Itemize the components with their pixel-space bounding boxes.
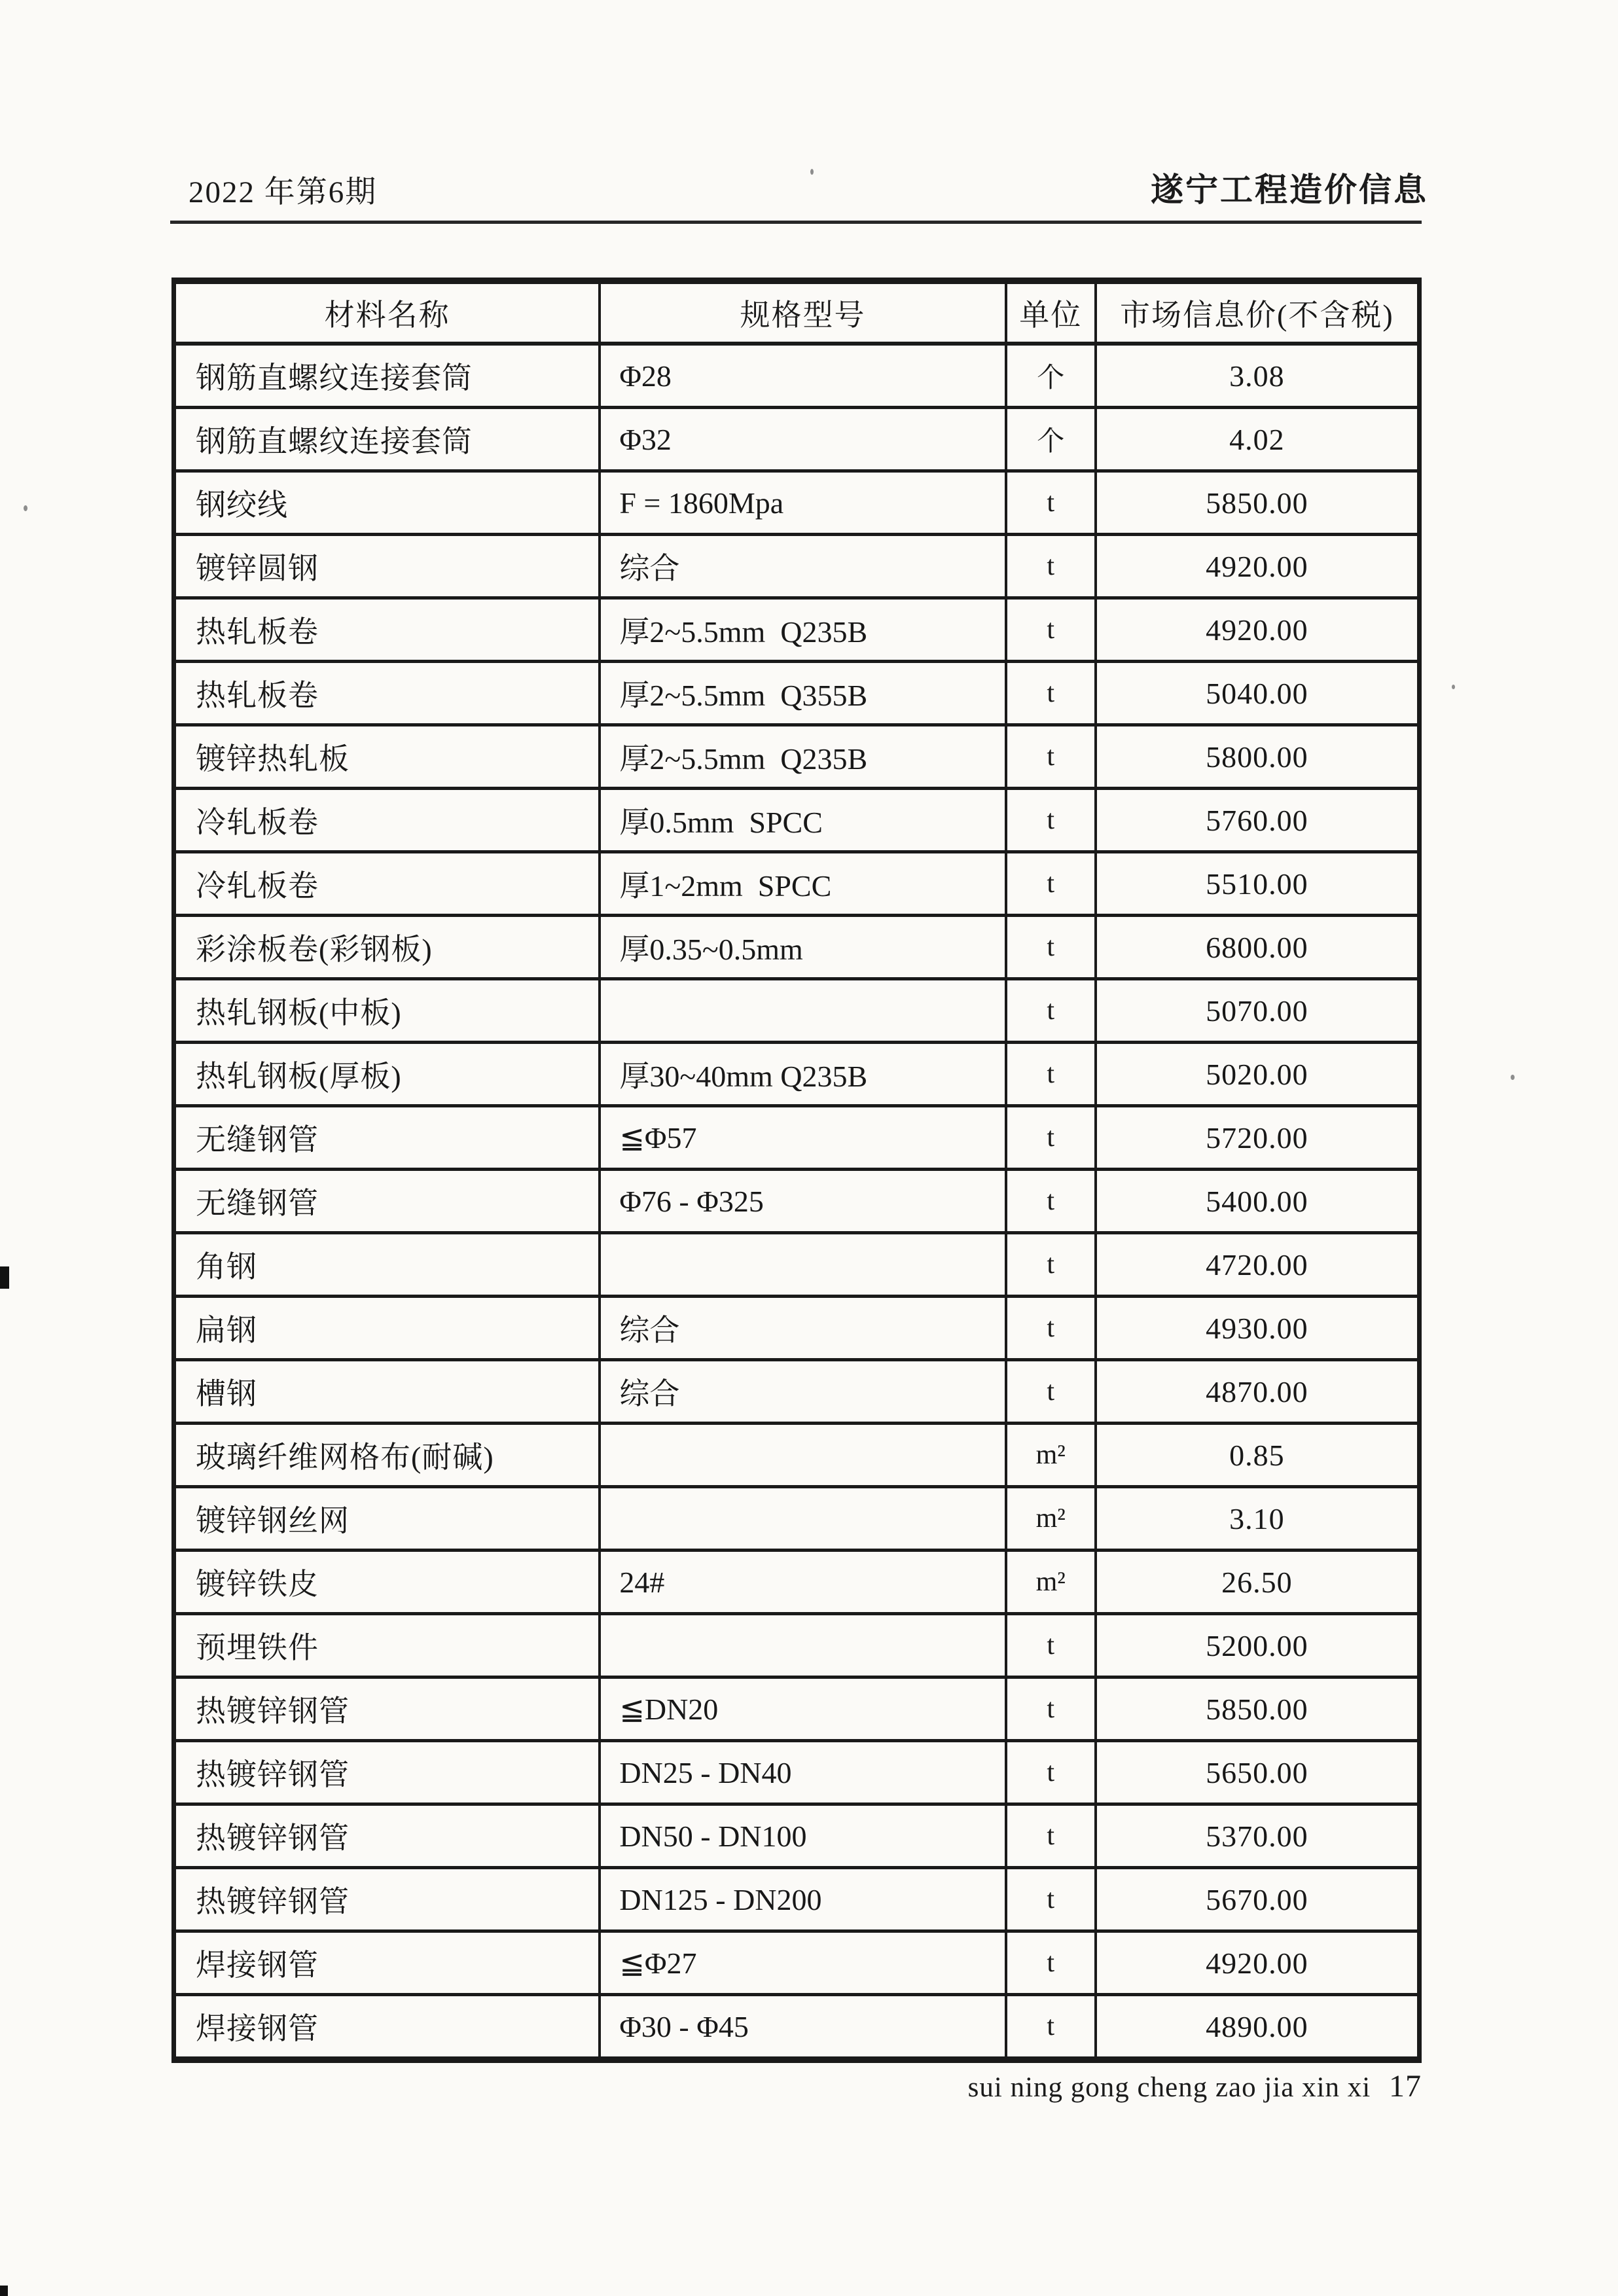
price-cell: 3.08 — [1096, 344, 1420, 408]
spec-model-cell: Φ32 — [600, 408, 1005, 471]
spec-model-cell: 综合 — [600, 535, 1005, 598]
table-row: 镀锌钢丝网 m² 3.10 — [174, 1487, 1420, 1551]
table-body: 钢筋直螺纹连接套筒 Φ28 个 3.08 钢筋直螺纹连接套筒 Φ32 个 4.0… — [174, 344, 1420, 2060]
spec-model-cell: 厚0.5mm SPCC — [600, 789, 1005, 852]
price-cell: 5510.00 — [1096, 852, 1420, 916]
unit-cell: m² — [1006, 1424, 1096, 1487]
spec-model-cell — [600, 1487, 1005, 1551]
unit-cell: m² — [1006, 1551, 1096, 1614]
unit-cell: t — [1006, 1043, 1096, 1106]
page-footer: sui ning gong cheng zao jia xin xi 17 — [968, 2068, 1422, 2104]
price-cell: 5400.00 — [1096, 1170, 1420, 1233]
material-name-cell: 槽钢 — [174, 1360, 600, 1424]
material-name-cell: 镀锌铁皮 — [174, 1551, 600, 1614]
price-cell: 5040.00 — [1096, 662, 1420, 725]
spec-model-cell: 厚1~2mm SPCC — [600, 852, 1005, 916]
material-name-cell: 钢筋直螺纹连接套筒 — [174, 408, 600, 471]
material-name-cell: 镀锌热轧板 — [174, 725, 600, 789]
spec-model-cell: DN25 - DN40 — [600, 1741, 1005, 1804]
price-cell: 5720.00 — [1096, 1106, 1420, 1170]
page-number: 17 — [1389, 2069, 1422, 2104]
price-cell: 26.50 — [1096, 1551, 1420, 1614]
unit-cell: t — [1006, 1677, 1096, 1741]
unit-cell: t — [1006, 471, 1096, 535]
material-name-cell: 镀锌钢丝网 — [174, 1487, 600, 1551]
price-cell: 0.85 — [1096, 1424, 1420, 1487]
price-cell: 4720.00 — [1096, 1233, 1420, 1297]
unit-cell: t — [1006, 1614, 1096, 1677]
price-cell: 5850.00 — [1096, 1677, 1420, 1741]
table-row: 钢绞线 F = 1860Mpa t 5850.00 — [174, 471, 1420, 535]
spec-model-cell: 24# — [600, 1551, 1005, 1614]
price-cell: 5850.00 — [1096, 471, 1420, 535]
table-row: 槽钢 综合 t 4870.00 — [174, 1360, 1420, 1424]
scan-speck — [1452, 685, 1455, 689]
unit-cell: t — [1006, 1741, 1096, 1804]
scanned-document-page: 2022 年第6期 遂宁工程造价信息 材料名称 规格型号 单位 市场信息价(不含… — [0, 0, 1618, 2296]
price-cell: 4890.00 — [1096, 1995, 1420, 2060]
issue-label: 2022 年第6期 — [189, 168, 377, 211]
spec-model-cell: 厚2~5.5mm Q355B — [600, 662, 1005, 725]
price-cell: 5200.00 — [1096, 1614, 1420, 1677]
material-name-cell: 热轧板卷 — [174, 662, 600, 725]
unit-cell: t — [1006, 1360, 1096, 1424]
column-header-market-price: 市场信息价(不含税) — [1096, 281, 1420, 344]
table-row: 热轧板卷 厚2~5.5mm Q355B t 5040.00 — [174, 662, 1420, 725]
unit-cell: t — [1006, 1170, 1096, 1233]
table-row: 彩涂板卷(彩钢板) 厚0.35~0.5mm t 6800.00 — [174, 916, 1420, 979]
table-row: 无缝钢管 ≦Φ57 t 5720.00 — [174, 1106, 1420, 1170]
spec-model-cell: Φ76 - Φ325 — [600, 1170, 1005, 1233]
scan-artifact-left-edge — [0, 1266, 9, 1289]
unit-cell: t — [1006, 662, 1096, 725]
spec-model-cell: 厚30~40mm Q235B — [600, 1043, 1005, 1106]
scan-artifact-bottom-left — [0, 2286, 8, 2296]
table-row: 镀锌铁皮 24# m² 26.50 — [174, 1551, 1420, 1614]
spec-model-cell: ≦Φ57 — [600, 1106, 1005, 1170]
table-row: 热轧钢板(厚板) 厚30~40mm Q235B t 5020.00 — [174, 1043, 1420, 1106]
table-row: 热轧板卷 厚2~5.5mm Q235B t 4920.00 — [174, 598, 1420, 662]
material-name-cell: 钢绞线 — [174, 471, 600, 535]
table-row: 预埋铁件 t 5200.00 — [174, 1614, 1420, 1677]
material-name-cell: 玻璃纤维网格布(耐碱) — [174, 1424, 600, 1487]
price-cell: 5070.00 — [1096, 979, 1420, 1043]
spec-model-cell — [600, 1424, 1005, 1487]
column-header-unit: 单位 — [1006, 281, 1096, 344]
material-name-cell: 焊接钢管 — [174, 1931, 600, 1995]
column-header-spec-model: 规格型号 — [600, 281, 1005, 344]
material-name-cell: 角钢 — [174, 1233, 600, 1297]
spec-model-cell: 厚0.35~0.5mm — [600, 916, 1005, 979]
material-name-cell: 无缝钢管 — [174, 1106, 600, 1170]
spec-model-cell: ≦DN20 — [600, 1677, 1005, 1741]
spec-model-cell: 厚2~5.5mm Q235B — [600, 725, 1005, 789]
table-row: 镀锌圆钢 综合 t 4920.00 — [174, 535, 1420, 598]
spec-model-cell: DN125 - DN200 — [600, 1868, 1005, 1931]
price-cell: 4930.00 — [1096, 1297, 1420, 1360]
material-name-cell: 热轧钢板(中板) — [174, 979, 600, 1043]
spec-model-cell — [600, 1233, 1005, 1297]
material-name-cell: 焊接钢管 — [174, 1995, 600, 2060]
price-cell: 5670.00 — [1096, 1868, 1420, 1931]
price-cell: 3.10 — [1096, 1487, 1420, 1551]
spec-model-cell: 厚2~5.5mm Q235B — [600, 598, 1005, 662]
table-header-row: 材料名称 规格型号 单位 市场信息价(不含税) — [174, 281, 1420, 344]
table-row: 角钢 t 4720.00 — [174, 1233, 1420, 1297]
table-row: 热轧钢板(中板) t 5070.00 — [174, 979, 1420, 1043]
table-row: 冷轧板卷 厚1~2mm SPCC t 5510.00 — [174, 852, 1420, 916]
material-name-cell: 无缝钢管 — [174, 1170, 600, 1233]
material-name-cell: 冷轧板卷 — [174, 852, 600, 916]
unit-cell: t — [1006, 916, 1096, 979]
table-row: 冷轧板卷 厚0.5mm SPCC t 5760.00 — [174, 789, 1420, 852]
material-name-cell: 预埋铁件 — [174, 1614, 600, 1677]
table-row: 钢筋直螺纹连接套筒 Φ28 个 3.08 — [174, 344, 1420, 408]
price-cell: 5650.00 — [1096, 1741, 1420, 1804]
unit-cell: t — [1006, 535, 1096, 598]
price-cell: 4920.00 — [1096, 535, 1420, 598]
price-cell: 5760.00 — [1096, 789, 1420, 852]
price-cell: 4920.00 — [1096, 598, 1420, 662]
spec-model-cell: Φ28 — [600, 344, 1005, 408]
material-name-cell: 热轧钢板(厚板) — [174, 1043, 600, 1106]
unit-cell: m² — [1006, 1487, 1096, 1551]
scan-speck — [24, 505, 27, 511]
material-name-cell: 热镀锌钢管 — [174, 1677, 600, 1741]
material-name-cell: 镀锌圆钢 — [174, 535, 600, 598]
spec-model-cell: Φ30 - Φ45 — [600, 1995, 1005, 2060]
table-row: 热镀锌钢管 ≦DN20 t 5850.00 — [174, 1677, 1420, 1741]
table-row: 无缝钢管 Φ76 - Φ325 t 5400.00 — [174, 1170, 1420, 1233]
unit-cell: t — [1006, 1297, 1096, 1360]
spec-model-cell — [600, 1614, 1005, 1677]
unit-cell: t — [1006, 725, 1096, 789]
price-cell: 4870.00 — [1096, 1360, 1420, 1424]
unit-cell: 个 — [1006, 344, 1096, 408]
spec-model-cell: 综合 — [600, 1360, 1005, 1424]
material-name-cell: 热镀锌钢管 — [174, 1804, 600, 1868]
unit-cell: t — [1006, 1804, 1096, 1868]
material-name-cell: 热镀锌钢管 — [174, 1741, 600, 1804]
table-row: 热镀锌钢管 DN25 - DN40 t 5650.00 — [174, 1741, 1420, 1804]
spec-model-cell: DN50 - DN100 — [600, 1804, 1005, 1868]
price-cell: 4.02 — [1096, 408, 1420, 471]
unit-cell: t — [1006, 1233, 1096, 1297]
scan-speck — [810, 169, 814, 175]
spec-model-cell: F = 1860Mpa — [600, 471, 1005, 535]
table-row: 热镀锌钢管 DN125 - DN200 t 5670.00 — [174, 1868, 1420, 1931]
material-name-cell: 冷轧板卷 — [174, 789, 600, 852]
material-name-cell: 彩涂板卷(彩钢板) — [174, 916, 600, 979]
material-price-table: 材料名称 规格型号 单位 市场信息价(不含税) 钢筋直螺纹连接套筒 Φ28 个 … — [171, 278, 1422, 2063]
price-cell: 5370.00 — [1096, 1804, 1420, 1868]
spec-model-cell — [600, 979, 1005, 1043]
unit-cell: t — [1006, 789, 1096, 852]
unit-cell: t — [1006, 852, 1096, 916]
table-row: 扁钢 综合 t 4930.00 — [174, 1297, 1420, 1360]
unit-cell: t — [1006, 1995, 1096, 2060]
table-row: 钢筋直螺纹连接套筒 Φ32 个 4.02 — [174, 408, 1420, 471]
unit-cell: 个 — [1006, 408, 1096, 471]
unit-cell: t — [1006, 1868, 1096, 1931]
scan-speck — [1511, 1075, 1515, 1080]
table-row: 热镀锌钢管 DN50 - DN100 t 5370.00 — [174, 1804, 1420, 1868]
table-row: 玻璃纤维网格布(耐碱) m² 0.85 — [174, 1424, 1420, 1487]
price-cell: 5020.00 — [1096, 1043, 1420, 1106]
table-row: 镀锌热轧板 厚2~5.5mm Q235B t 5800.00 — [174, 725, 1420, 789]
unit-cell: t — [1006, 1106, 1096, 1170]
column-header-material-name: 材料名称 — [174, 281, 600, 344]
header-rule — [170, 221, 1422, 224]
unit-cell: t — [1006, 979, 1096, 1043]
table-row: 焊接钢管 ≦Φ27 t 4920.00 — [174, 1931, 1420, 1995]
price-cell: 6800.00 — [1096, 916, 1420, 979]
spec-model-cell: ≦Φ27 — [600, 1931, 1005, 1995]
price-cell: 4920.00 — [1096, 1931, 1420, 1995]
unit-cell: t — [1006, 598, 1096, 662]
material-name-cell: 钢筋直螺纹连接套筒 — [174, 344, 600, 408]
unit-cell: t — [1006, 1931, 1096, 1995]
spec-model-cell: 综合 — [600, 1297, 1005, 1360]
table-row: 焊接钢管 Φ30 - Φ45 t 4890.00 — [174, 1995, 1420, 2060]
price-cell: 5800.00 — [1096, 725, 1420, 789]
material-name-cell: 扁钢 — [174, 1297, 600, 1360]
publication-title: 遂宁工程造价信息 — [1151, 164, 1428, 211]
footer-pinyin-text: sui ning gong cheng zao jia xin xi — [968, 2072, 1371, 2103]
material-name-cell: 热镀锌钢管 — [174, 1868, 600, 1931]
material-name-cell: 热轧板卷 — [174, 598, 600, 662]
